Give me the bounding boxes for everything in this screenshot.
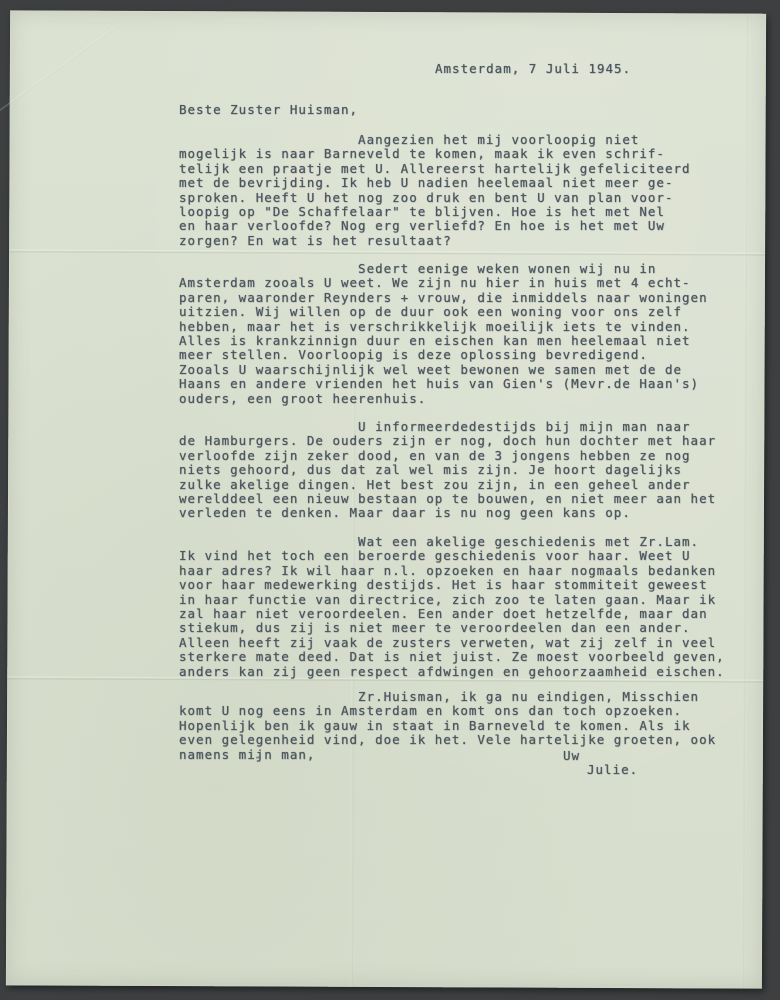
signature-name: Julie.	[587, 763, 638, 777]
letter-content: Amsterdam, 7 Juli 1945. Beste Zuster Hui…	[0, 0, 780, 1000]
closing-pronoun: Uw	[563, 749, 580, 763]
dateline: Amsterdam, 7 Juli 1945.	[435, 62, 631, 76]
paragraph-3: U informeerdedestijds bij mijn man naar …	[179, 420, 716, 521]
salutation: Beste Zuster Huisman,	[179, 103, 358, 117]
paragraph-1: Aangezien het mij voorloopig niet mogeli…	[179, 133, 691, 248]
scan-background: Amsterdam, 7 Juli 1945. Beste Zuster Hui…	[0, 0, 780, 1000]
paragraph-2: Sedert eenige weken wonen wij nu in Amst…	[179, 262, 708, 406]
paragraph-4: Wat een akelige geschiedenis met Zr.Lam.…	[179, 535, 725, 679]
paragraph-5: Zr.Huisman, ik ga nu eindigen, Misschien…	[179, 690, 716, 762]
